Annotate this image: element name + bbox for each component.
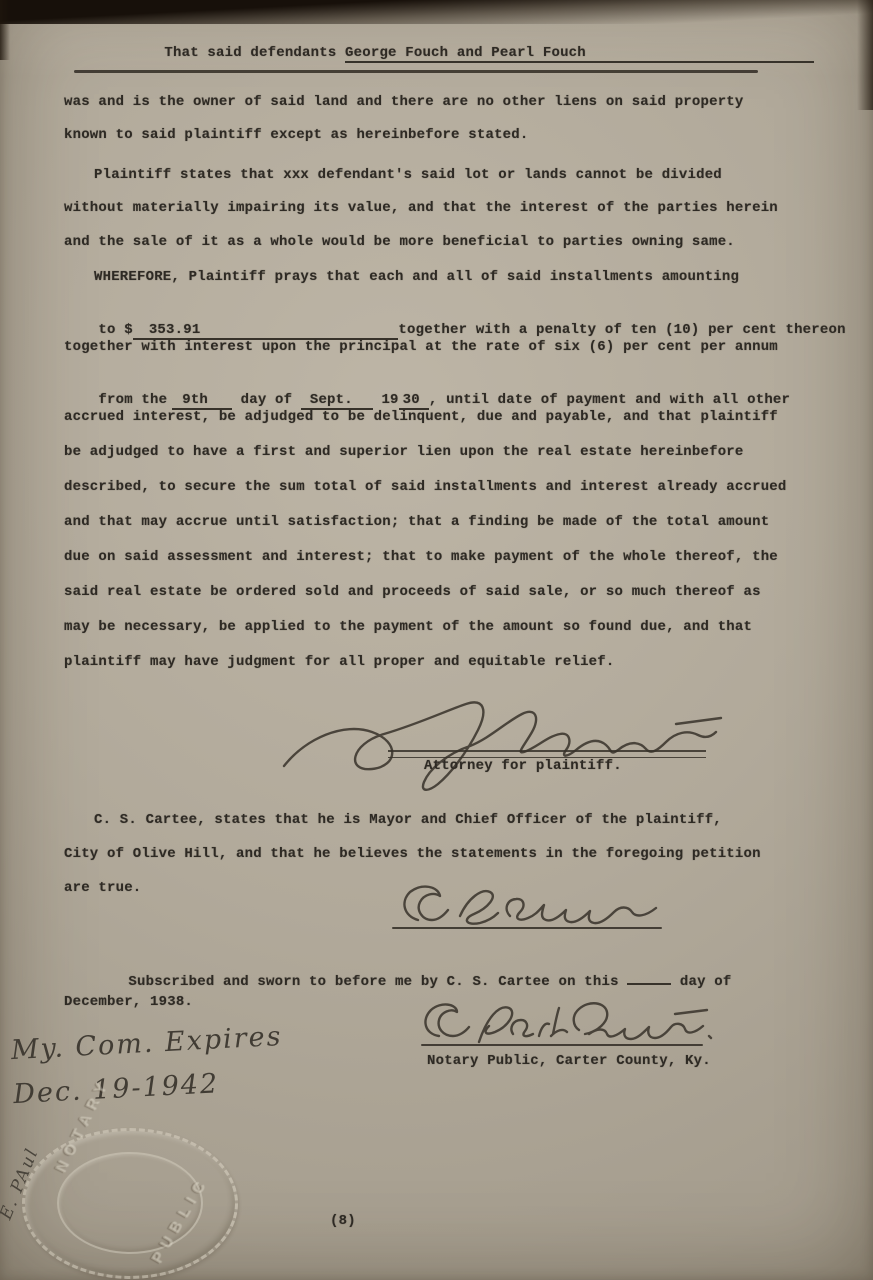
text-line: plaintiff may have judgment for all prop… — [64, 653, 615, 671]
page-number: (8) — [330, 1212, 356, 1230]
text-line: said real estate be ordered sold and pro… — [64, 583, 761, 601]
text-line: be adjudged to have a first and superior… — [64, 443, 744, 461]
attorney-title: Attorney for plaintiff. — [424, 757, 622, 775]
date-suffix: , until date of payment and with all oth… — [429, 392, 790, 408]
commission-expiry-note: My. Com. Expires Dec. 19-1942 — [10, 1015, 286, 1117]
text-line: WHEREFORE, Plaintiff prays that each and… — [64, 268, 739, 286]
subscribed-date: December, 1938. — [64, 993, 193, 1011]
text-line: Plaintiff states that xxx defendant's sa… — [64, 166, 722, 184]
text-line: without materially impairing its value, … — [64, 199, 778, 217]
amount-prefix: to $ — [98, 322, 132, 338]
subscribed-suffix: day of — [671, 974, 731, 990]
text-line: described, to secure the sum total of sa… — [64, 478, 787, 496]
date-prefix: from the — [98, 392, 167, 408]
text-line: known to said plaintiff except as herein… — [64, 126, 528, 144]
text-line: and the sale of it as a whole would be m… — [64, 233, 735, 251]
continuation-rule — [74, 70, 758, 73]
text-line: accrued interest, be adjudged to be deli… — [64, 408, 778, 426]
text-line: City of Olive Hill, and that he believes… — [64, 845, 761, 863]
text-line: are true. — [64, 879, 141, 897]
date-mid: day of — [232, 392, 301, 408]
notary-signature-rule — [421, 1044, 703, 1046]
cartee-signature-rule — [392, 927, 662, 929]
text-line: together with interest upon the principa… — [64, 338, 778, 356]
day-blank — [627, 983, 671, 985]
page-top-shadow — [0, 0, 873, 24]
text-line: and that may accrue until satisfaction; … — [64, 513, 769, 531]
document-photo: That said defendants George Fouch and Pe… — [0, 0, 873, 1280]
text-line: C. S. Cartee, states that he is Mayor an… — [64, 811, 722, 829]
defendants-prefix: That said defendants — [164, 45, 345, 61]
defendants-names: George Fouch and Pearl Fouch — [345, 45, 814, 63]
corner-shadow-left — [0, 0, 10, 60]
date-century: 19 — [373, 392, 399, 408]
notary-signature — [413, 996, 713, 1056]
amount-suffix: together with a penalty of ten (10) per … — [398, 322, 845, 338]
corner-shadow-right — [857, 0, 873, 110]
text-line: may be necessary, be applied to the paym… — [64, 618, 752, 636]
text-line: due on said assessment and interest; tha… — [64, 548, 778, 566]
attorney-signature — [278, 688, 723, 806]
text-line: was and is the owner of said land and th… — [64, 93, 744, 111]
subscribed-prefix: Subscribed and sworn to before me by C. … — [128, 974, 627, 990]
notary-title: Notary Public, Carter County, Ky. — [427, 1052, 711, 1070]
